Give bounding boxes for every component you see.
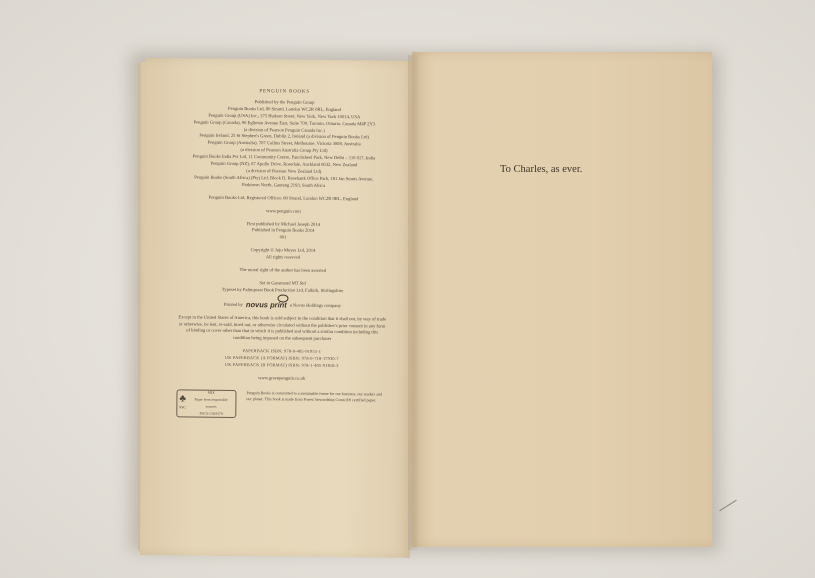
- right-page-dedication: To Charles, as ever.: [412, 52, 712, 547]
- fsc-sub: Paper from responsible sources: [189, 396, 234, 410]
- fsc-code: FSC® C018179: [189, 410, 234, 417]
- fsc-note: Penguin Books is committed to a sustaina…: [246, 390, 386, 403]
- stray-hair: [719, 500, 736, 511]
- printed-by-suffix: a Novus Holdings company: [290, 302, 341, 309]
- imprint-block: PENGUIN BOOKS Published by the Penguin G…: [176, 88, 389, 419]
- book-gutter: [408, 55, 418, 550]
- fsc-tree-icon: ♣: [179, 395, 186, 405]
- sale-conditions: Except in the United States of America, …: [177, 314, 387, 344]
- website-uk: www.greenpenguin.co.uk: [177, 374, 387, 383]
- fsc-label: FSC: [179, 405, 186, 412]
- printer-logo: novus print: [246, 302, 287, 309]
- fsc-logo-box: ♣ FSC MIX Paper from responsible sources…: [176, 389, 236, 418]
- printed-by-prefix: Printed by: [224, 302, 243, 309]
- left-page-copyright: PENGUIN BOOKS Published by the Penguin G…: [140, 58, 415, 558]
- dedication: To Charles, as ever.: [500, 164, 582, 175]
- publisher-heading: PENGUIN BOOKS: [180, 88, 390, 97]
